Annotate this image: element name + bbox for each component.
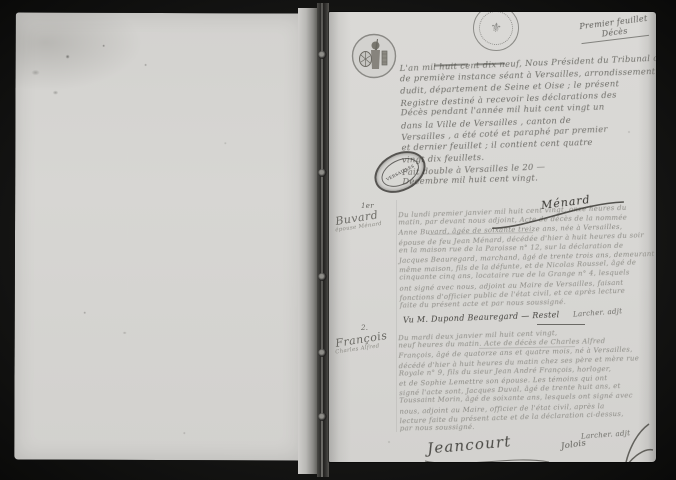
- act1-margin-note: 1er Buvard épouse Ménard: [335, 202, 399, 229]
- preamble-paragraph: L'an mil huit cent dix neuf, Nous Présid…: [399, 55, 654, 188]
- binding-thread: [321, 3, 323, 477]
- page-fold: [298, 8, 318, 474]
- round-ink-stamp: ⚜: [470, 12, 522, 54]
- oval-ink-stamp-text: VERSAILLES: [385, 163, 415, 182]
- left-blank-page: [14, 12, 304, 460]
- officiant-underline: [537, 324, 585, 325]
- stitch-knot: [318, 273, 327, 281]
- margin-rule: [396, 200, 397, 432]
- stitch-knot: [318, 413, 327, 421]
- round-ink-stamp-emblem-icon: ⚜: [477, 12, 515, 47]
- act2-paragraph: Du mardi deux janvier mil huit cent ving…: [398, 328, 656, 434]
- figure-seal-icon: [351, 33, 397, 79]
- stitch-knot: [318, 169, 327, 177]
- figure-seal-stamp: [351, 33, 397, 79]
- book-spine: [317, 3, 329, 477]
- signature-secondary: Jolois: [560, 438, 586, 451]
- paraph-flourish-icon: [615, 420, 656, 462]
- act1-registrar-initials: Larcher. adjt: [573, 307, 623, 318]
- signature-flourish-icon: [421, 453, 571, 462]
- officiant-note: Vu M. Dupond Beauregard — Restel: [403, 310, 560, 324]
- stitch-knot: [318, 349, 327, 357]
- right-written-page: ⚜ Premier feuillet Décès L'an mil huit c…: [329, 12, 656, 462]
- act2-margin-note: 2. François Charles Alfred: [335, 324, 399, 351]
- corner-note: Premier feuillet Décès: [578, 14, 649, 44]
- register-scan: ⚜ Premier feuillet Décès L'an mil huit c…: [0, 0, 676, 480]
- stitch-knot: [318, 51, 327, 59]
